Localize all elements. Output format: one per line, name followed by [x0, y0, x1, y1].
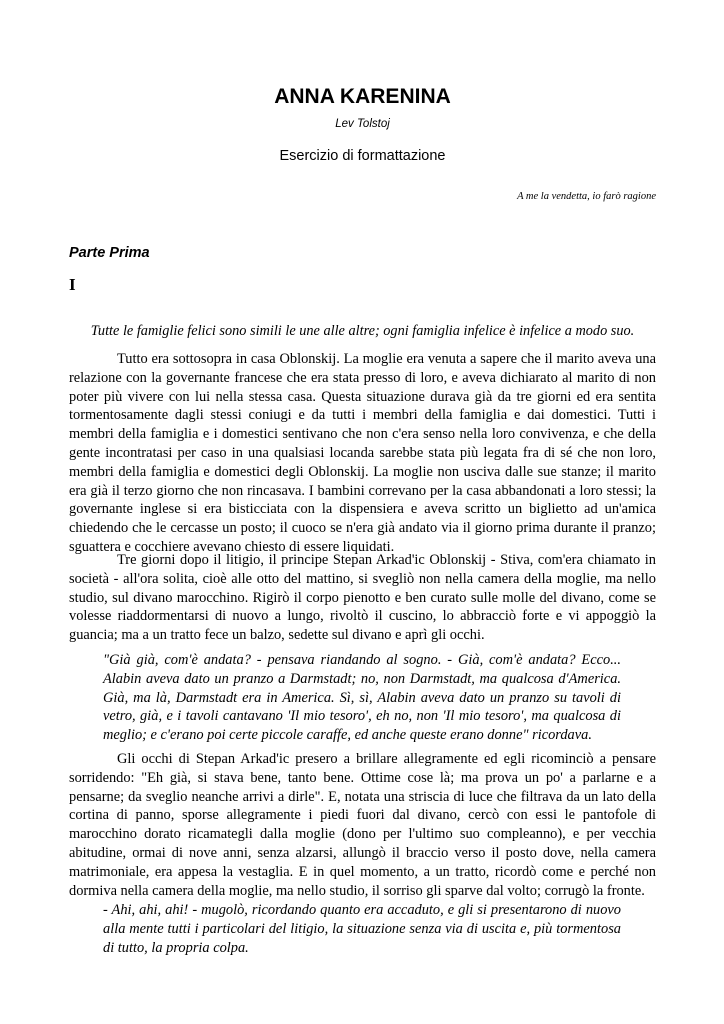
author-name: Lev Tolstoj — [69, 116, 656, 132]
body-paragraph: Tutto era sottosopra in casa Oblonskij. … — [69, 350, 656, 557]
chapter-heading: I — [69, 274, 76, 296]
opening-line: Tutte le famiglie felici sono simili le … — [69, 322, 656, 341]
document-title: ANNA KARENINA — [69, 84, 656, 110]
part-heading: Parte Prima — [69, 243, 150, 263]
body-paragraph: Tre giorni dopo il litigio, il principe … — [69, 551, 656, 645]
document-subtitle: Esercizio di formattazione — [69, 146, 656, 166]
epigraph: A me la vendetta, io farò ragione — [69, 190, 656, 204]
block-quote: - Ahi, ahi, ahi! - mugolò, ricordando qu… — [103, 901, 621, 957]
body-paragraph: Gli occhi di Stepan Arkad'ic presero a b… — [69, 750, 656, 900]
block-quote: "Già già, com'è andata? - pensava rianda… — [103, 651, 621, 745]
